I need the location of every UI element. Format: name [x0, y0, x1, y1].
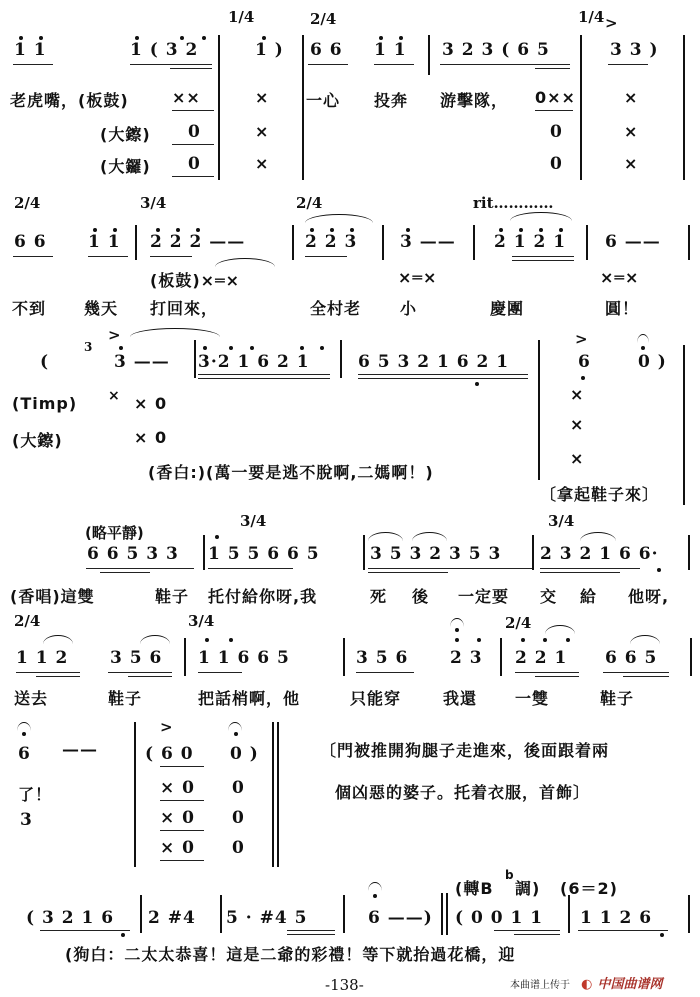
rest: 0: [188, 122, 201, 142]
percussion: ×═×: [398, 268, 437, 287]
note-group: 1 ): [255, 40, 284, 60]
time-signature: 3/4: [140, 194, 166, 212]
tempo-marking: rit…………: [473, 194, 554, 212]
time-signature: 3/4: [188, 612, 214, 630]
percussion: ××: [172, 88, 201, 107]
note-group: 2 #4: [148, 908, 196, 928]
percussion: ×: [255, 122, 269, 141]
lyric: 把話梢啊，他: [198, 686, 300, 709]
note-group: 6 5 3 2 1 6 2 1: [358, 352, 509, 372]
time-signature: 2/4: [14, 194, 40, 212]
note-group: 2 1 2 1: [494, 232, 566, 252]
lyric: 小: [400, 296, 417, 319]
instrument-label: (大鑔): [12, 428, 63, 451]
note-group: 3 ——: [400, 232, 456, 252]
lyric: 一雙: [515, 686, 549, 709]
lyric: 慶團: [490, 296, 524, 319]
note-group: 6 ——: [605, 232, 661, 252]
note-group: 5 · #4 5: [226, 908, 307, 928]
lyric: 全村老: [310, 296, 361, 319]
lyric: 幾天: [84, 296, 118, 319]
note-group: 6: [578, 352, 591, 372]
lyric: 一定要: [458, 584, 509, 607]
watermark: 本曲谱上传于 ◐ 中国曲谱网: [510, 973, 663, 992]
key-change: (轉B: [455, 876, 494, 899]
lyric: 游擊隊，: [440, 88, 508, 111]
percussion: ×: [255, 154, 269, 173]
note-group: 1 5 5 6 6 5: [208, 544, 320, 564]
percussion: ×: [570, 385, 584, 404]
percussion: × 0: [160, 838, 195, 858]
time-signature: 2/4: [310, 10, 336, 28]
lyric: 老虎嘴，(板鼓): [10, 88, 129, 111]
time-signature: 3/4: [548, 512, 574, 530]
lyric: 送去: [14, 686, 48, 709]
lyric: 投奔: [374, 88, 408, 111]
note-group: 2 3: [450, 648, 483, 668]
percussion: ×: [624, 88, 638, 107]
percussion: ×: [108, 388, 121, 404]
rest: 0: [550, 122, 563, 142]
note-group: ——: [62, 740, 98, 760]
paren: (: [40, 352, 49, 372]
time-signature: 1/4: [228, 8, 254, 26]
note-group: 3·2 1 6 2 1: [198, 352, 310, 372]
percussion: × 0: [134, 428, 167, 447]
time-signature: 3/4: [240, 512, 266, 530]
percussion: ×: [255, 88, 269, 107]
note-group: 1 1: [14, 40, 47, 60]
note-group: 0 ): [230, 744, 259, 764]
note-group: 6 ——): [368, 908, 433, 928]
time-signature: 1/4: [578, 8, 604, 26]
note-group: 3 ——: [114, 352, 170, 372]
note-group: 1 1 2 6: [580, 908, 652, 928]
percussion: 0××: [535, 88, 576, 107]
time-signature: 2/4: [505, 614, 531, 632]
note-group: 6 6 5 3 3: [87, 544, 179, 564]
note-group: 3 3 ): [610, 40, 659, 60]
stage-direction: 〔拿起鞋子來〕: [540, 482, 659, 505]
accent-mark: >: [575, 330, 588, 348]
lyric: 鞋子: [600, 686, 634, 709]
note-group: 3 2 3 ( 6 5: [442, 40, 550, 60]
note-group: 2 2 3: [305, 232, 357, 252]
brand-logo-icon: ◐: [581, 977, 592, 992]
note-group: 1 1 6 6 5: [198, 648, 290, 668]
lyric: 鞋子: [108, 686, 142, 709]
rest: 0: [232, 778, 245, 798]
note-group: 3 5 3 2 3 5 3: [370, 544, 501, 564]
lyric: 圓！: [605, 296, 639, 319]
percussion: × 0: [160, 778, 195, 798]
lyric: 他呀,: [628, 584, 669, 607]
grace-note: 3: [84, 340, 92, 354]
alt-note: 3: [20, 810, 33, 830]
watermark-text: 本曲谱上传于: [510, 980, 570, 991]
note-group: ( 3 2 1 6: [26, 908, 114, 928]
accent-mark: >: [160, 718, 173, 736]
note-group: 1 1: [88, 232, 121, 252]
note-group: 6 6: [310, 40, 343, 60]
lyric: 打回來，: [150, 296, 218, 319]
note-group: 0 ): [638, 352, 667, 372]
percussion: × 0: [134, 394, 167, 413]
note-group: 1 ( 3 2: [130, 40, 198, 60]
instrument-label: (Timp): [12, 394, 77, 413]
rest: 0: [550, 154, 563, 174]
accent-mark: >: [108, 326, 121, 344]
flat-symbol: b: [505, 868, 515, 882]
lyric: 後: [412, 584, 429, 607]
note-group: 3 5 6: [110, 648, 162, 668]
watermark-brand[interactable]: 中国曲谱网: [598, 977, 663, 992]
note-group: 6 6: [14, 232, 47, 252]
key-change: 調): [515, 876, 540, 899]
note-group: 1 1: [374, 40, 407, 60]
lyric: 交: [540, 584, 557, 607]
time-signature: 2/4: [14, 612, 40, 630]
lyric: 只能穿: [350, 686, 401, 709]
percussion: (板鼓)×═×: [150, 268, 240, 291]
rest: 0: [188, 154, 201, 174]
note-group: 2 2 1: [515, 648, 567, 668]
note-group: 6 6 5: [605, 648, 657, 668]
lyric: 死: [370, 584, 387, 607]
note-group: ( 0 0 1 1: [455, 908, 543, 928]
note-group: 2 3 2 1 6 6·: [540, 544, 658, 564]
instrument-label: (大鑔): [100, 122, 151, 145]
accent-mark: >: [605, 14, 618, 32]
percussion: ×: [624, 154, 638, 173]
spoken-line: (香白:)(萬一要是逃不脫啊,二媽啊！): [148, 460, 434, 483]
lyric: 托付給你呀,我: [208, 584, 317, 607]
note-group: ( 6 0: [145, 744, 194, 764]
lyric: 我還: [443, 686, 477, 709]
lyric: 一心: [306, 88, 340, 111]
page-number: -138-: [325, 976, 364, 994]
percussion: ×: [570, 415, 584, 434]
note-group: 1 1 2: [16, 648, 68, 668]
time-signature: 2/4: [296, 194, 322, 212]
lyric: 鞋子: [155, 584, 189, 607]
rest: 0: [232, 808, 245, 828]
note-group: 2 2 2 ——: [150, 232, 245, 252]
lyric: 不到: [12, 296, 46, 319]
percussion: ×: [624, 122, 638, 141]
spoken-line: (狗白：二太太恭喜！這是二爺的彩禮！等下就抬過花橋，迎: [65, 942, 515, 965]
stage-direction: 〔門被推開狗腿子走進來，後面跟着兩: [320, 738, 609, 761]
note-group: 3 5 6: [356, 648, 408, 668]
percussion: × 0: [160, 808, 195, 828]
lyric: (香唱)這雙: [10, 584, 95, 607]
instrument-label: (大鑼): [100, 154, 151, 177]
percussion: ×: [570, 449, 584, 468]
rest: 0: [232, 838, 245, 858]
note-group: 6: [18, 744, 31, 764]
stage-direction: 個凶惡的婆子。托着衣服，首飾〕: [335, 780, 590, 803]
lyric: 了！: [18, 782, 52, 805]
lyric: 給: [580, 584, 597, 607]
percussion: ×═×: [600, 268, 639, 287]
tempo-marking: (略平靜): [85, 522, 144, 543]
